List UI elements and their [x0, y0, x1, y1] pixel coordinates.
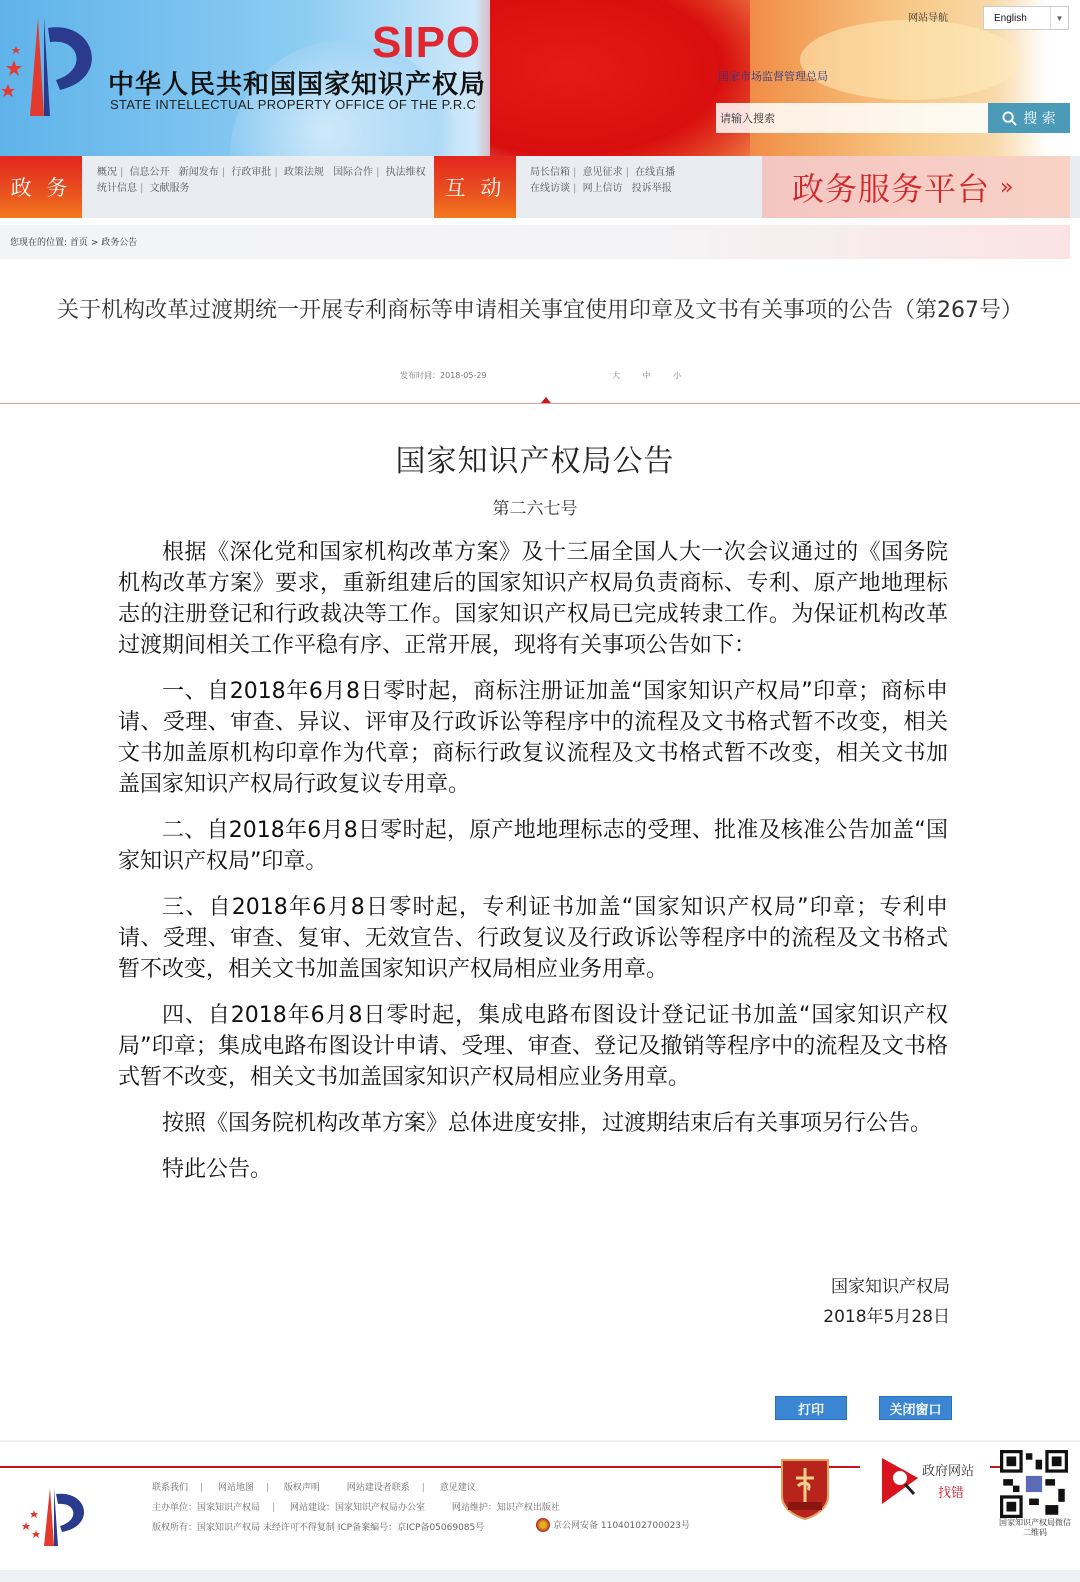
gov-site-error-report[interactable]: 政府网站 找错 — [880, 1456, 990, 1506]
breadcrumb-separator: > — [91, 238, 99, 248]
print-button[interactable]: 打印 — [775, 1396, 847, 1420]
nav-link[interactable]: 在线直播 — [635, 167, 675, 178]
nav-link[interactable]: 新闻发布 — [179, 167, 219, 178]
error-report-line2: 找错 — [938, 1482, 964, 1501]
brand-short: SIPO — [372, 18, 481, 68]
nav-tag-interaction[interactable]: 互 动 — [434, 156, 516, 218]
interaction-row2: 在线访谈| 网上信访 投诉举报 — [530, 181, 675, 197]
search-input[interactable]: 请输入搜索 — [716, 103, 988, 133]
header-banner: SIPO 中华人民共和国国家知识产权局 STATE INTELLECTUAL P… — [0, 0, 1080, 158]
service-platform-link[interactable]: 政务服务平台 » — [762, 156, 1070, 218]
nav-link[interactable]: 意见征求 — [583, 167, 623, 178]
breadcrumb-prefix: 您现在的位置: — [10, 238, 67, 248]
paragraph-notice: 特此公告。 — [118, 1154, 948, 1185]
nav-link[interactable]: 网上信访 — [583, 183, 623, 194]
footer-links-row1: 联系我们| 网站地图| 版权声明 网站建设者联系| 意见建议 — [152, 1478, 560, 1498]
cloud-decoration — [800, 20, 1020, 100]
interaction-links: 局长信箱| 意见征求| 在线直播 在线访谈| 网上信访 投诉举报 — [530, 165, 675, 197]
footer-red-line — [0, 1466, 860, 1468]
nav-link[interactable]: 统计信息 — [97, 183, 137, 194]
divider-pointer-icon — [541, 397, 551, 403]
nav-link[interactable]: 在线访谈 — [530, 183, 570, 194]
search-icon — [1002, 111, 1017, 126]
breadcrumb: 您现在的位置: 首页 > 政务公告 — [0, 225, 1070, 259]
paragraph-item-4: 四、自2018年6月8日零时起，集成电路布图设计登记证书加盖“国家知识产权局”印… — [118, 1000, 948, 1093]
chevron-down-icon[interactable]: ▼ — [1050, 7, 1068, 29]
nav-link[interactable]: 政策法规 — [284, 167, 324, 178]
publish-date: 发布时间：2018-05-29 — [400, 370, 487, 381]
footer-sipo-logo-icon — [10, 1486, 90, 1548]
close-window-button[interactable]: 关闭窗口 — [879, 1396, 952, 1420]
article-title: 关于机构改革过渡期统一开展专利商标等申请相关事宜使用印章及文书有关事项的公告（第… — [20, 296, 1060, 326]
publish-date-value: 2018-05-29 — [440, 371, 487, 380]
search-button[interactable]: 搜 索 — [988, 103, 1070, 133]
gov-affairs-row1: 概况| 信息公开 新闻发布| 行政审批| 政策法规 国际合作| 执法维权 — [97, 165, 426, 181]
footer-maintainer: 网站维护：知识产权出版社 — [452, 1503, 560, 1513]
double-chevron-right-icon: » — [1000, 175, 1014, 200]
police-badge-icon — [536, 1518, 550, 1532]
nav-link[interactable]: 行政审批 — [231, 167, 271, 178]
footer-copyright-row: 版权所有：国家知识产权局 未经许可不得复制 ICP备案编号：京ICP备05069… — [152, 1518, 560, 1538]
signature-org: 国家知识产权局 — [823, 1272, 950, 1302]
paragraph-closing: 按照《国务院机构改革方案》总体进度安排，过渡期结束后有关事项另行公告。 — [118, 1108, 948, 1139]
language-selected: English — [994, 13, 1027, 24]
sipo-logo-icon[interactable] — [0, 8, 110, 118]
signature-date: 2018年5月28日 — [823, 1302, 950, 1332]
site-title-en: STATE INTELLECTUAL PROPERTY OFFICE OF TH… — [110, 97, 476, 112]
nav-link[interactable]: 信息公开 — [130, 167, 170, 178]
site-title-cn: 中华人民共和国国家知识产权局 — [108, 64, 486, 101]
font-size-switcher: 大 中 小 — [612, 370, 691, 381]
paragraph-intro: 根据《深化党和国家机构改革方案》及十三届全国人大一次会议通过的《国务院机构改革方… — [118, 537, 948, 661]
nav-link[interactable]: 执法维权 — [386, 167, 426, 178]
article-meta: 发布时间：2018-05-29 大 中 小 — [0, 370, 1080, 386]
language-select[interactable]: English ▼ — [983, 6, 1069, 30]
footer-links-row2: 主办单位：国家知识产权局| 网站建设：国家知识产权局办公室 网站维护：知识产权出… — [152, 1498, 560, 1518]
nav-link[interactable]: 文献服务 — [150, 183, 190, 194]
signature: 国家知识产权局 2018年5月28日 — [823, 1272, 950, 1332]
nav-link[interactable]: 投诉举报 — [632, 183, 672, 194]
interaction-row1: 局长信箱| 意见征求| 在线直播 — [530, 165, 675, 181]
magnifier-flag-icon — [880, 1456, 920, 1506]
footer-top-border — [0, 1440, 1080, 1442]
search-button-label: 搜 索 — [1023, 108, 1055, 128]
footer-builder: 网站建设：国家知识产权局办公室 — [290, 1503, 425, 1513]
footer-host: 主办单位：国家知识产权局 — [152, 1503, 260, 1513]
font-size-small[interactable]: 小 — [673, 371, 691, 380]
font-size-large[interactable]: 大 — [612, 371, 630, 380]
title-divider — [0, 403, 1080, 404]
nav-link[interactable]: 概况 — [97, 167, 117, 178]
footer-red-line-end — [990, 1466, 1000, 1468]
paragraph-item-3: 三、自2018年6月8日零时起，专利证书加盖“国家知识产权局”印章；专利申请、受… — [118, 892, 948, 985]
paragraph-item-1: 一、自2018年6月8日零时起，商标注册证加盖“国家知识产权局”印章；商标申请、… — [118, 676, 948, 800]
footer-links: 联系我们| 网站地图| 版权声明 网站建设者联系| 意见建议 主办单位：国家知识… — [152, 1478, 560, 1538]
footer-link-contact[interactable]: 联系我们 — [152, 1483, 188, 1493]
nav-link[interactable]: 局长信箱 — [530, 167, 570, 178]
wechat-qr-code-icon — [1000, 1450, 1068, 1518]
police-record[interactable]: 京公网安备 11040102700023号 — [553, 1518, 690, 1531]
qr-caption: 国家知识产权局微信二维码 — [996, 1518, 1074, 1538]
main-nav: 政 务 概况| 信息公开 新闻发布| 行政审批| 政策法规 国际合作| 执法维权… — [0, 156, 1080, 218]
font-size-medium[interactable]: 中 — [643, 371, 661, 380]
breadcrumb-item-current[interactable]: 政务公告 — [101, 238, 137, 248]
paragraph-item-2: 二、自2018年6月8日零时起，原产地地理标志的受理、批准及核准公告加盖“国家知… — [118, 815, 948, 877]
doc-heading: 国家知识产权局公告 — [0, 436, 1070, 480]
doc-number: 第二六七号 — [0, 494, 1070, 519]
nav-tag-gov-affairs[interactable]: 政 务 — [0, 156, 82, 218]
site-nav-link[interactable]: 网站导航 — [908, 9, 948, 24]
footer-link-webmaster[interactable]: 网站建设者联系 — [347, 1483, 410, 1493]
error-report-line1: 政府网站 — [922, 1460, 974, 1479]
breadcrumb-item-home[interactable]: 首页 — [70, 238, 88, 248]
footer-link-feedback[interactable]: 意见建议 — [440, 1483, 476, 1493]
service-platform-label: 政务服务平台 — [792, 164, 990, 210]
samr-link[interactable]: 国家市场监督管理总局 — [718, 68, 828, 84]
page-bottom-bar — [0, 1570, 1080, 1582]
gov-affairs-links: 概况| 信息公开 新闻发布| 行政审批| 政策法规 国际合作| 执法维权 统计信… — [97, 165, 426, 197]
gov-affairs-row2: 统计信息| 文献服务 — [97, 181, 426, 197]
nav-link[interactable]: 国际合作 — [333, 167, 373, 178]
flag-decoration — [490, 0, 750, 158]
footer-link-sitemap[interactable]: 网站地图 — [218, 1483, 254, 1493]
footer-link-copyright[interactable]: 版权声明 — [284, 1483, 320, 1493]
publish-label: 发布时间： — [400, 371, 440, 380]
doc-body: 根据《深化党和国家机构改革方案》及十三届全国人大一次会议通过的《国务院机构改革方… — [118, 537, 948, 1200]
party-gov-badge-icon[interactable] — [778, 1456, 832, 1520]
